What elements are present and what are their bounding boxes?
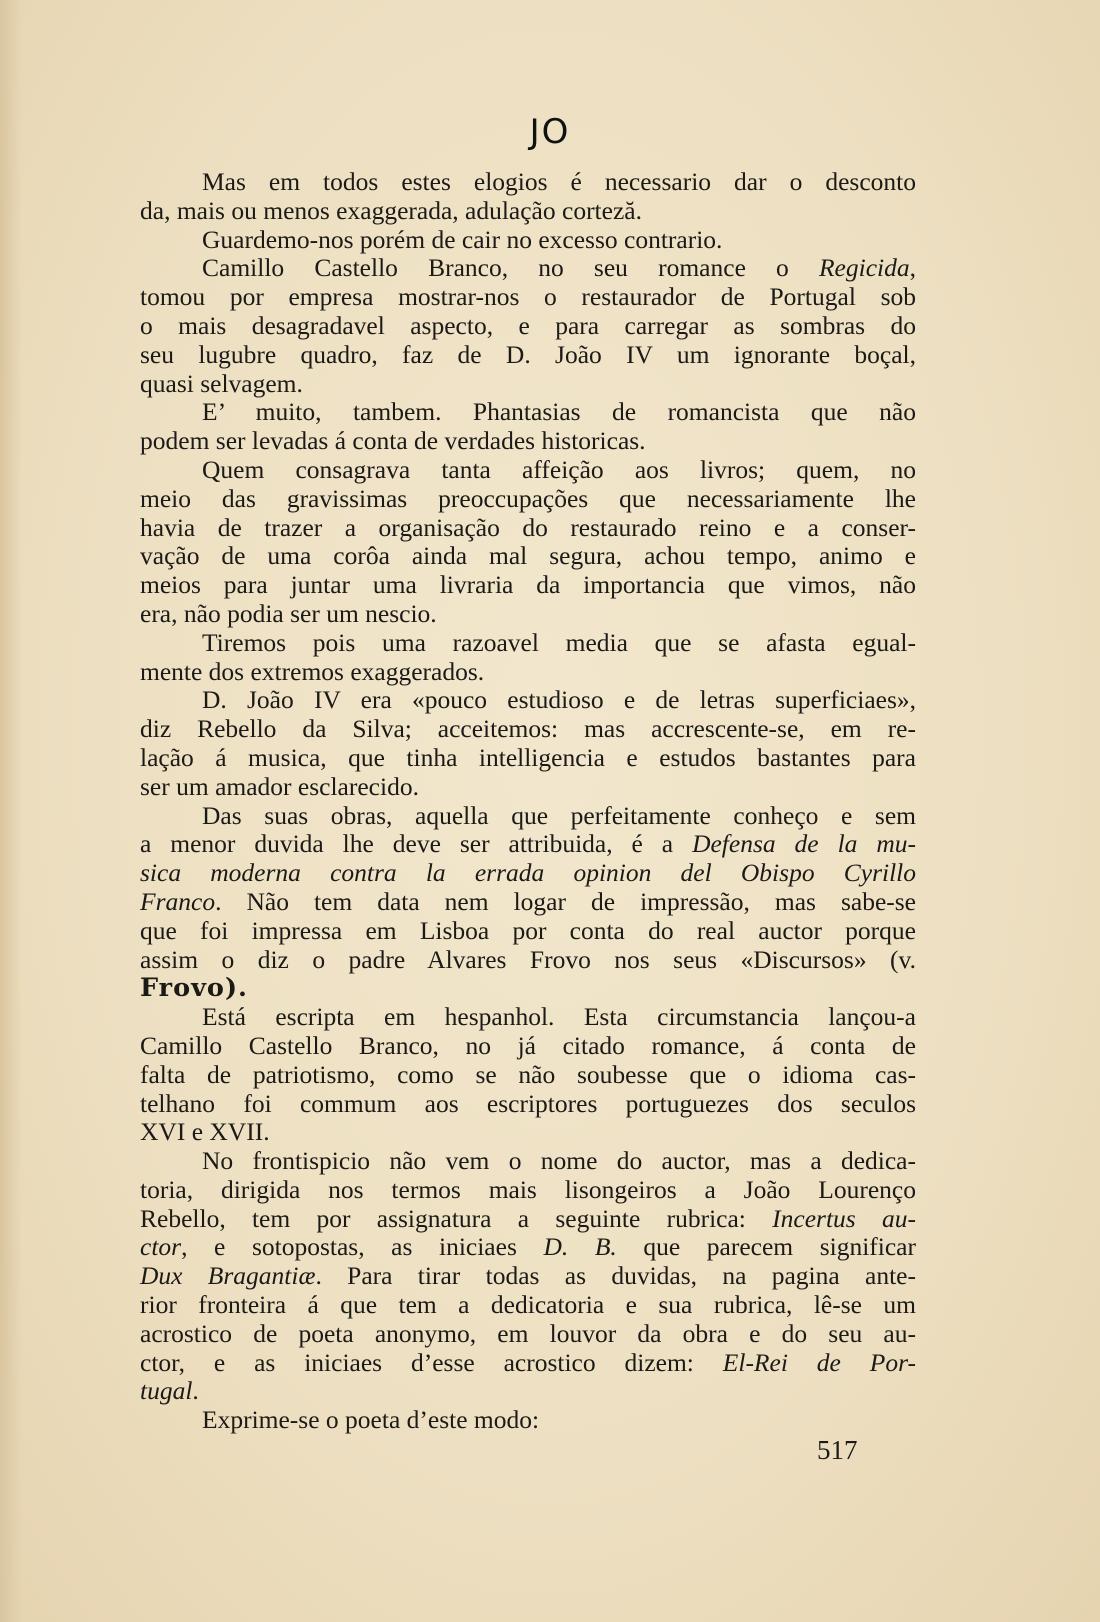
body-text: Mas em todos estes elogios é necessario …: [140, 168, 916, 1435]
title-defensa: Defensa de la mu-: [692, 829, 916, 858]
text-line: meios para juntar uma livraria da import…: [140, 571, 916, 600]
text-line: havia de trazer a organisação do restaur…: [140, 514, 916, 543]
book-page: JO Mas em todos estes elogios é necessar…: [0, 0, 1100, 1622]
text-line: rior fronteira á que tem a dedicatoria e…: [140, 1291, 916, 1320]
text-line: sica moderna contra la errada opinion de…: [140, 859, 916, 888]
text-line: Dux Bragantiæ. Para tirar todas as duvid…: [140, 1262, 916, 1291]
text-line: diz Rebello da Silva; acceitemos: mas ac…: [140, 715, 916, 744]
text-line: podem ser levadas á conta de verdades hi…: [140, 427, 916, 456]
text-line: assim o diz o padre Alvares Frovo nos se…: [140, 946, 916, 975]
text-line: quasi selvagem.: [140, 370, 916, 399]
text-line: tomou por empresa mostrar-nos o restaura…: [140, 283, 916, 312]
text-line: vação de uma corôa ainda mal segura, ach…: [140, 542, 916, 571]
text-line: Rebello, tem por assignatura a seguinte …: [140, 1205, 916, 1234]
cross-reference-line: Frovo).: [140, 974, 916, 1003]
binding-gutter-shadow: [0, 0, 22, 1622]
text-line: ctor, e sotopostas, as iniciaes D. B. qu…: [140, 1233, 916, 1262]
text-line: XVI e XVII.: [140, 1118, 916, 1147]
text-line: da, mais ou menos exaggerada, adulação c…: [140, 197, 916, 226]
text-line: Mas em todos estes elogios é necessario …: [140, 168, 916, 197]
text-line: Quem consagrava tanta affeição aos livro…: [140, 456, 916, 485]
running-head: JO: [0, 112, 1100, 152]
text-line: que foi impressa em Lisboa por conta do …: [140, 917, 916, 946]
text-line: ctor, e as iniciaes d’esse acrostico diz…: [140, 1349, 916, 1378]
text-line: Camillo Castello Branco, no já citado ro…: [140, 1032, 916, 1061]
text-line: telhano foi commum aos escriptores portu…: [140, 1090, 916, 1119]
text-line: acrostico de poeta anonymo, em louvor da…: [140, 1320, 916, 1349]
text-line: Franco. Não tem data nem logar de impres…: [140, 888, 916, 917]
text-line: lação á musica, que tinha intelligencia …: [140, 744, 916, 773]
text-line: era, não podia ser um nescio.: [140, 600, 916, 629]
text-line: Camillo Castello Branco, no seu romance …: [140, 254, 916, 283]
text-line: falta de patriotismo, como se não soubes…: [140, 1061, 916, 1090]
text-line: tugal.: [140, 1377, 916, 1406]
text-line: toria, dirigida nos termos mais lisongei…: [140, 1176, 916, 1205]
title-defensa-cont: sica moderna contra la errada opinion de…: [140, 858, 916, 887]
text-line: Está escripta em hespanhol. Esta circums…: [140, 1003, 916, 1032]
text-line: mente dos extremos exaggerados.: [140, 658, 916, 687]
text-line: Exprime-se o poeta d’este modo:: [140, 1406, 916, 1435]
text-line: o mais desagradavel aspecto, e para carr…: [140, 312, 916, 341]
title-regicida: Regicida: [819, 253, 910, 282]
page-number: 517: [817, 1435, 858, 1466]
cross-reference-frovo[interactable]: Frovo: [140, 973, 225, 1003]
text-line: ser um amador esclarecido.: [140, 773, 916, 802]
text-line: E’ muito, tambem. Phantasias de romancis…: [140, 398, 916, 427]
text-line: seu lugubre quadro, faz de D. João IV um…: [140, 341, 916, 370]
text-line: Das suas obras, aquella que perfeitament…: [140, 802, 916, 831]
text-line: Tiremos pois uma razoavel media que se a…: [140, 629, 916, 658]
text-line: meio das gravissimas preoccupações que n…: [140, 485, 916, 514]
text-line: D. João IV era «pouco estudioso e de let…: [140, 686, 916, 715]
text-line: a menor duvida lhe deve ser attribuida, …: [140, 830, 916, 859]
text-line: No frontispicio não vem o nome do auctor…: [140, 1147, 916, 1176]
text-line: Guardemo-nos porém de cair no excesso co…: [140, 226, 916, 255]
